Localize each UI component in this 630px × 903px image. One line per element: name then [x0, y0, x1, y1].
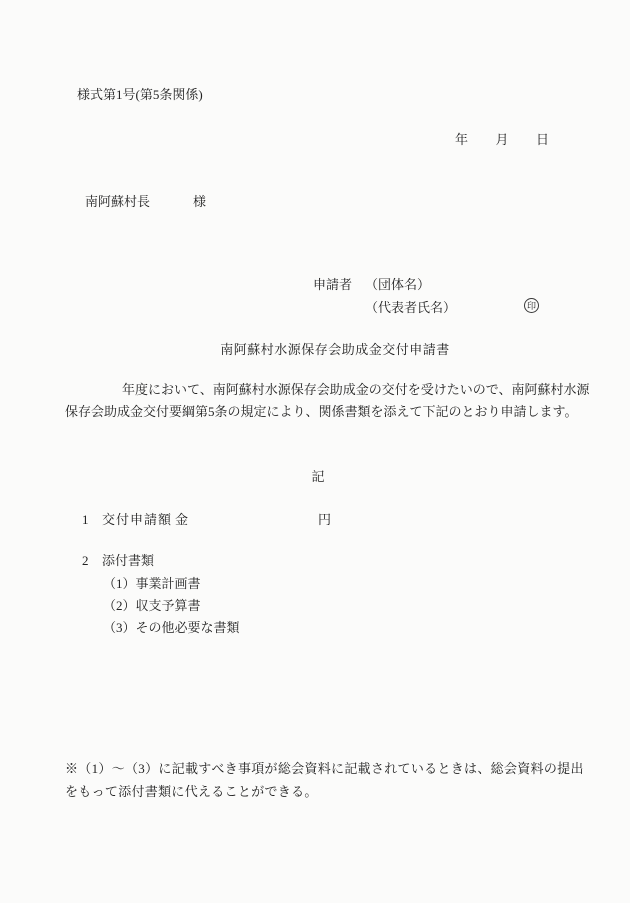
- item2-label: 添付書類: [102, 553, 154, 568]
- body-paragraph-line2: 保存会助成金交付要綱第5条の規定により、関係書類を添えて下記のとおり申請します。: [65, 404, 577, 419]
- date-year-label: 年: [455, 132, 468, 147]
- date-month-label: 月: [495, 132, 508, 147]
- applicant-label: 申請者: [313, 277, 352, 292]
- item1-amount-prefix: 金: [175, 512, 188, 527]
- form-number: 様式第1号(第5条関係): [77, 87, 203, 102]
- attachment-item-2: （2）収支予算書: [103, 598, 201, 613]
- seal-mark-icon: 印: [524, 298, 539, 313]
- applicant-organization-field: （団体名）: [365, 277, 430, 292]
- date-day-label: 日: [536, 132, 549, 147]
- footnote-line1: ※（1）～（3）に記載すべき事項が総会資料に記載されているときは、総会資料の提出: [65, 761, 584, 776]
- date-line: 年 月 日: [455, 132, 549, 147]
- document-title: 南阿蘇村水源保存会助成金交付申請書: [40, 342, 630, 357]
- item1-amount-unit: 円: [318, 512, 331, 527]
- application-form-page: 様式第1号(第5条関係) 年 月 日 南阿蘇村長 様 申請者 （団体名） （代表…: [0, 0, 630, 903]
- applicant-representative-field: （代表者氏名）: [365, 300, 456, 315]
- item2-number: 2: [82, 553, 89, 568]
- item1-label: 交付申請額: [102, 512, 172, 527]
- body-paragraph-line1: 年度において、南阿蘇村水源保存会助成金の交付を受けたいので、南阿蘇村水源: [122, 382, 589, 397]
- attachment-item-1: （1）事業計画書: [103, 576, 201, 591]
- item1-number: 1: [82, 512, 89, 527]
- footnote-line2: をもって添付書類に代えることができる。: [65, 784, 318, 799]
- record-heading: 記: [0, 469, 630, 484]
- attachment-item-3: （3）その他必要な書類: [103, 620, 240, 635]
- addressee-name: 南阿蘇村長: [85, 194, 150, 209]
- addressee-honorific: 様: [193, 194, 206, 209]
